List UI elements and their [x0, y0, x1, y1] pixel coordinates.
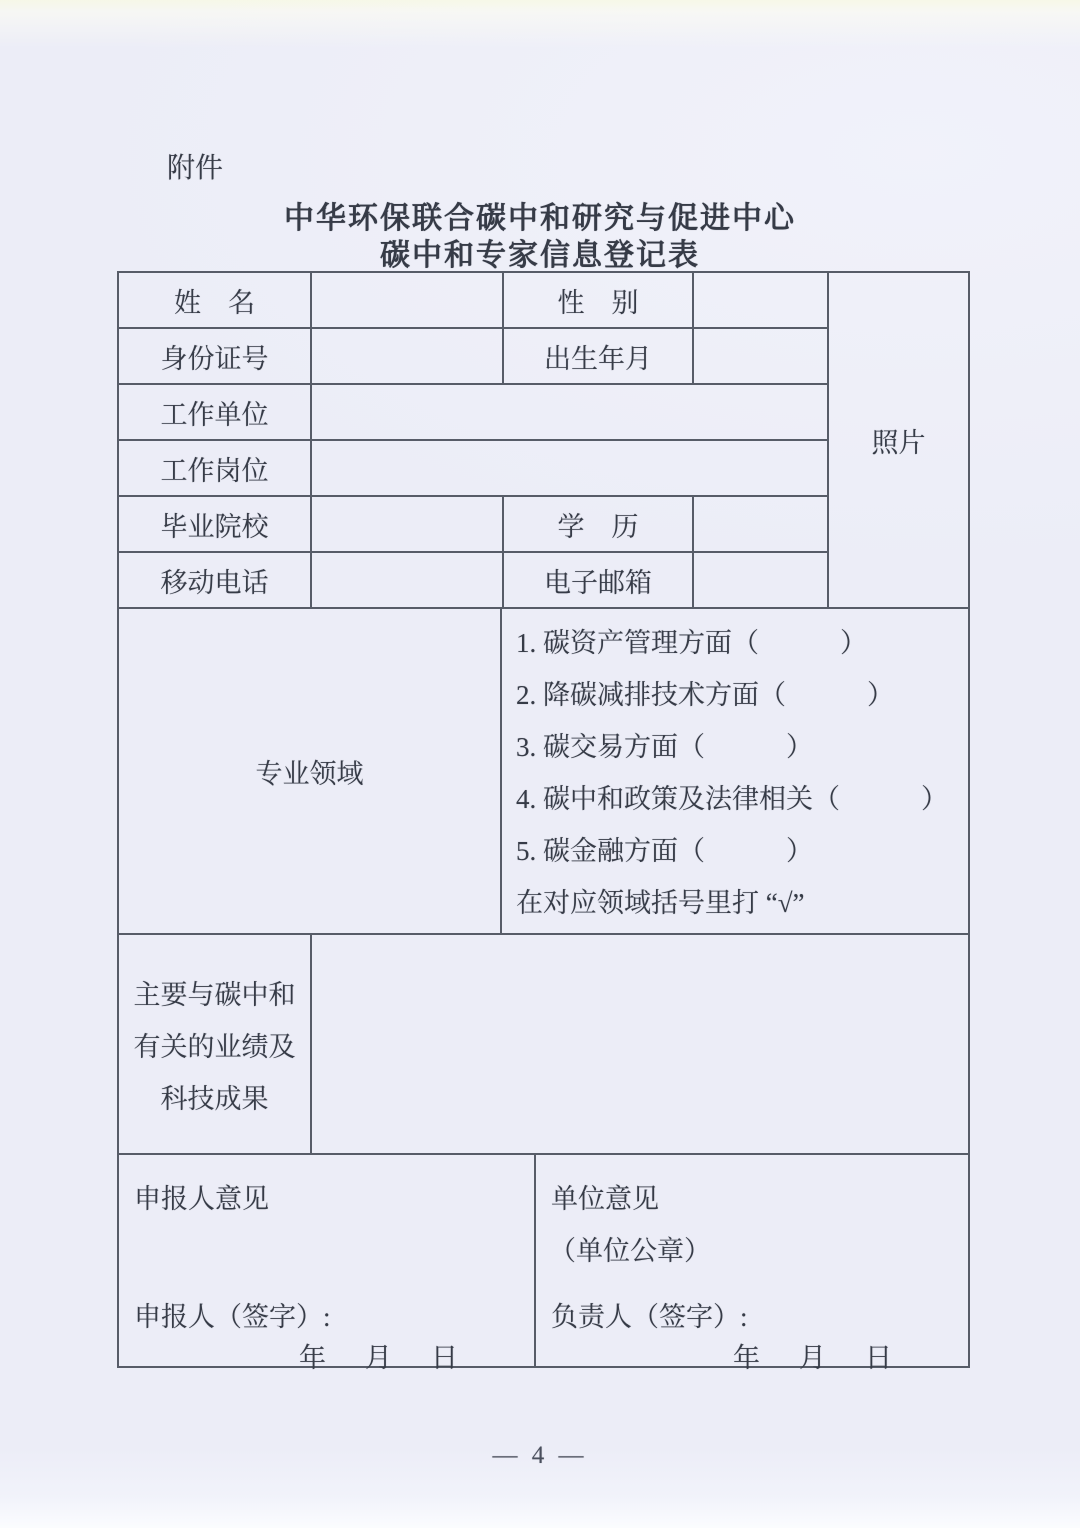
achievements-section: 主要与碳中和 有关的业绩及 科技成果	[119, 935, 968, 1155]
gender-value-cell	[694, 273, 827, 327]
applicant-date-line: 年 月 日	[299, 1336, 464, 1375]
basic-info-section: 姓 名 性 别 身份证号 出生年月 工作单位 工作岗位	[119, 273, 968, 609]
gender-label: 性 别	[504, 273, 694, 327]
unit-seal-label: （单位公章）	[549, 1229, 711, 1268]
attachment-label: 附件	[167, 146, 223, 186]
education-label: 学 历	[504, 497, 694, 551]
photo-label: 照片	[872, 421, 926, 460]
expertise-section: 专业领域 1. 碳资产管理方面（ ） 2. 降碳减排技术方面（ ） 3. 碳交易…	[119, 609, 968, 935]
unit-date-line: 年 月 日	[733, 1336, 898, 1375]
birth-date-value-cell	[694, 329, 827, 383]
applicant-signature-label: 申报人（签字）:	[134, 1295, 331, 1334]
email-label: 电子邮箱	[504, 553, 694, 607]
photo-cell: 照片	[827, 273, 968, 607]
achievements-label: 主要与碳中和 有关的业绩及 科技成果	[119, 935, 312, 1153]
expertise-note: 在对应领域括号里打 “√”	[516, 877, 968, 929]
expertise-option-5: 5. 碳金融方面（ ）	[516, 825, 968, 877]
form-subtitle: 碳中和专家信息登记表	[0, 230, 1080, 274]
employer-label: 工作单位	[119, 385, 312, 439]
school-value-cell	[312, 497, 504, 551]
expertise-options: 1. 碳资产管理方面（ ） 2. 降碳减排技术方面（ ） 3. 碳交易方面（ ）…	[502, 609, 968, 933]
achievements-label-line-1: 主要与碳中和	[119, 969, 310, 1021]
basic-info-rows: 姓 名 性 别 身份证号 出生年月 工作单位 工作岗位	[119, 273, 827, 607]
id-number-value-cell	[312, 329, 504, 383]
applicant-opinion-label: 申报人意见	[134, 1177, 269, 1216]
expertise-option-2: 2. 降碳减排技术方面（ ）	[516, 669, 968, 721]
table-row-name-gender: 姓 名 性 别	[119, 273, 827, 329]
table-row-employer: 工作单位	[119, 385, 827, 441]
education-value-cell	[694, 497, 827, 551]
school-label: 毕业院校	[119, 497, 312, 551]
applicant-opinion-cell: 申报人意见 申报人（签字）: 年 月 日	[119, 1155, 536, 1366]
mobile-label: 移动电话	[119, 553, 312, 607]
expertise-option-3: 3. 碳交易方面（ ）	[516, 721, 968, 773]
unit-opinion-label: 单位意见	[551, 1177, 659, 1216]
expertise-label: 专业领域	[119, 609, 502, 933]
position-value-cell	[312, 441, 827, 495]
achievements-value-cell	[312, 935, 968, 1153]
opinions-section: 申报人意见 申报人（签字）: 年 月 日 单位意见 （单位公章） 负责人（签字）…	[119, 1155, 968, 1366]
scanned-document-page: 附件 中华环保联合碳中和研究与促进中心 碳中和专家信息登记表 姓 名 性 别 身…	[0, 0, 1080, 1528]
mobile-value-cell	[312, 553, 504, 607]
id-number-label: 身份证号	[119, 329, 312, 383]
achievements-label-line-2: 有关的业绩及	[119, 1021, 310, 1073]
unit-opinion-cell: 单位意见 （单位公章） 负责人（签字）: 年 月 日	[536, 1155, 968, 1366]
registration-table: 姓 名 性 别 身份证号 出生年月 工作单位 工作岗位	[117, 271, 970, 1368]
expertise-option-1: 1. 碳资产管理方面（ ）	[516, 617, 968, 669]
email-value-cell	[694, 553, 827, 607]
table-row-school-education: 毕业院校 学 历	[119, 497, 827, 553]
name-value-cell	[312, 273, 504, 327]
table-row-mobile-email: 移动电话 电子邮箱	[119, 553, 827, 607]
achievements-label-line-3: 科技成果	[119, 1073, 310, 1125]
page-number: — 4 —	[0, 1442, 1080, 1470]
table-row-position: 工作岗位	[119, 441, 827, 497]
birth-date-label: 出生年月	[504, 329, 694, 383]
table-row-id-birth: 身份证号 出生年月	[119, 329, 827, 385]
expertise-option-4: 4. 碳中和政策及法律相关（ ）	[516, 773, 968, 825]
position-label: 工作岗位	[119, 441, 312, 495]
unit-signature-label: 负责人（签字）:	[551, 1295, 748, 1334]
employer-value-cell	[312, 385, 827, 439]
name-label: 姓 名	[119, 273, 312, 327]
